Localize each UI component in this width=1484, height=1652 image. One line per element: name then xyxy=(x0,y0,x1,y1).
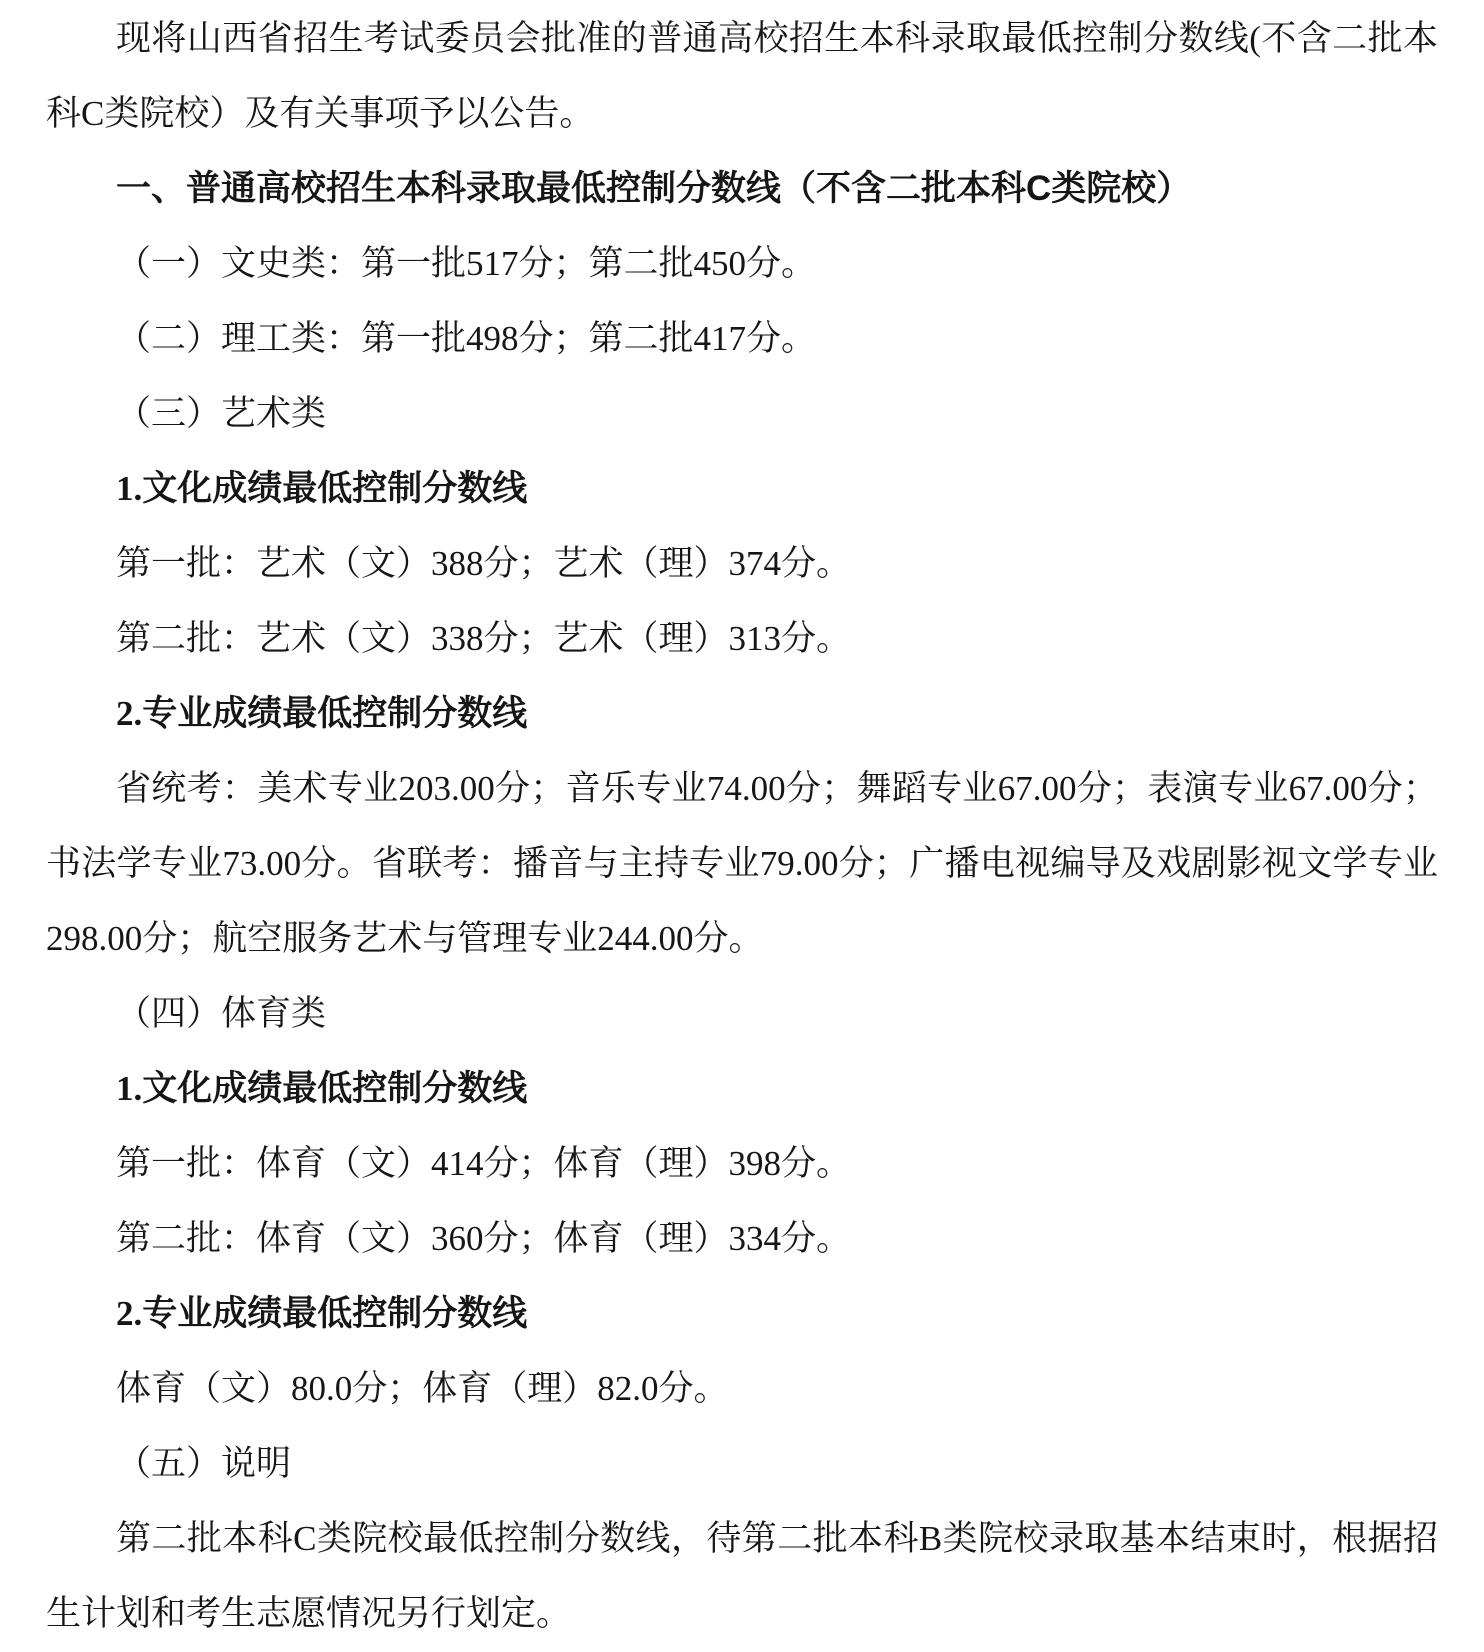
item-science-scores: （二）理工类：第一批498分；第二批417分。 xyxy=(46,301,1438,376)
heading-section-one: 一、普通高校招生本科录取最低控制分数线（不含二批本科C类院校） xyxy=(46,151,1438,226)
art-major-scores: 省统考：美术专业203.00分；音乐专业74.00分；舞蹈专业67.00分；表演… xyxy=(46,751,1438,976)
art-culture-batch-one: 第一批：艺术（文）388分；艺术（理）374分。 xyxy=(46,526,1438,601)
heading-sports-major-line: 2.专业成绩最低控制分数线 xyxy=(46,1276,1438,1351)
item-notes: （五）说明 xyxy=(46,1426,1438,1501)
item-art-category: （三）艺术类 xyxy=(46,376,1438,451)
heading-sports-culture-line: 1.文化成绩最低控制分数线 xyxy=(46,1051,1438,1126)
item-sports-category: （四）体育类 xyxy=(46,976,1438,1051)
sports-major-scores: 体育（文）80.0分；体育（理）82.0分。 xyxy=(46,1351,1438,1426)
heading-art-major-line: 2.专业成绩最低控制分数线 xyxy=(46,676,1438,751)
paragraph-intro: 现将山西省招生考试委员会批准的普通高校招生本科录取最低控制分数线(不含二批本科C… xyxy=(46,1,1438,151)
notes-paragraph: 第二批本科C类院校最低控制分数线，待第二批本科B类院校录取基本结束时，根据招生计… xyxy=(46,1501,1438,1651)
heading-art-culture-line: 1.文化成绩最低控制分数线 xyxy=(46,451,1438,526)
item-liberal-arts-scores: （一）文史类：第一批517分；第二批450分。 xyxy=(46,226,1438,301)
sports-culture-batch-one: 第一批：体育（文）414分；体育（理）398分。 xyxy=(46,1126,1438,1201)
announcement-document: 现将山西省招生考试委员会批准的普通高校招生本科录取最低控制分数线(不含二批本科C… xyxy=(0,0,1484,1652)
sports-culture-batch-two: 第二批：体育（文）360分；体育（理）334分。 xyxy=(46,1201,1438,1276)
art-culture-batch-two: 第二批：艺术（文）338分；艺术（理）313分。 xyxy=(46,601,1438,676)
